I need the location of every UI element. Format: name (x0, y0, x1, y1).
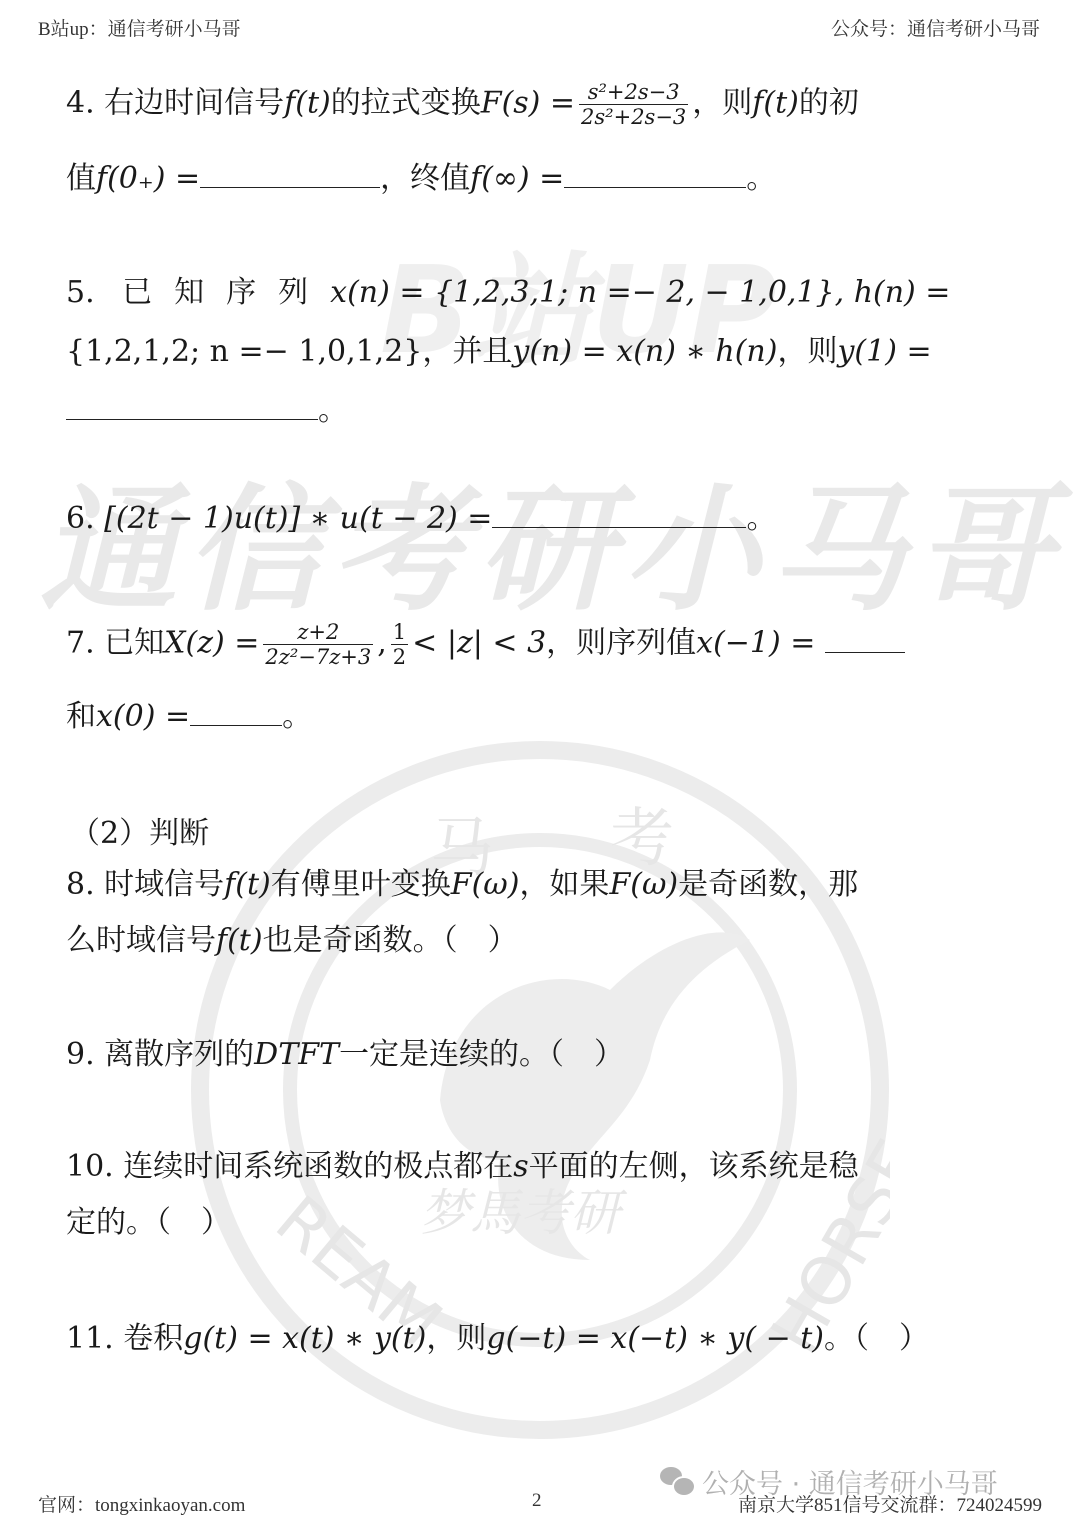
q4-ft: f(t) (284, 86, 331, 121)
q5-xn-hn: x(n) = {1,2,3,1; n =− 2, − 1,0,1}, h(n) … (330, 275, 950, 310)
q7-roc-numerator: 1 (391, 620, 408, 645)
question-8-line-2: 么时域信号f(t)也是奇函数。（ ） (66, 922, 518, 960)
q9-text: 9. 离散序列的 (66, 1037, 254, 1072)
question-7-line-1: 7. 已知X(z) =z+22z²−7z+3,12< |z| < 3，则序列值x… (66, 620, 905, 669)
q7-roc-fraction: 12 (391, 620, 408, 669)
q11-then: ，则 (426, 1321, 486, 1356)
q8-text: 8. 时域信号 (66, 867, 224, 902)
q5-and: ，并且 (422, 334, 512, 369)
q8-ft2: f(t) (216, 923, 263, 958)
q4-Fs: F(s) = (481, 86, 575, 121)
q7-Xz: X(z) = (164, 626, 259, 661)
q7-x-minus-1-blank[interactable] (825, 626, 905, 653)
question-4-line-1: 4. 右边时间信号f(t)的拉式变换F(s) =s²+2s−32s²+2s−3，… (66, 80, 859, 129)
q11-text: 11. 卷积 (66, 1321, 183, 1356)
q11-answer-parens[interactable]: 。（ ） (824, 1321, 929, 1356)
question-11: 11. 卷积g(t) = x(t) ∗ y(t)，则g(−t) = x(−t) … (66, 1320, 929, 1358)
q5-number: 5. (66, 275, 95, 310)
q4-text-mid: 的拉式变换 (331, 86, 481, 121)
q8-text-b: 有傅里叶变换 (271, 867, 451, 902)
question-10-line-1: 10. 连续时间系统函数的极点都在s平面的左侧，该系统是稳 (66, 1148, 859, 1186)
q4-numerator: s²+2s−3 (579, 80, 688, 105)
q7-mid: ，则序列值 (546, 626, 696, 661)
section-judgment-heading: （2）判断 (70, 808, 209, 852)
question-5-line-3: 。 (66, 392, 348, 430)
q7-denominator: 2z²−7z+3 (263, 645, 373, 669)
q5-then: ，则 (777, 334, 837, 369)
q4-denominator: 2s²+2s−3 (579, 105, 688, 129)
q4-final-value-blank[interactable] (564, 161, 746, 188)
svg-text:考: 考 (610, 802, 674, 876)
q10-text: 10. 连续时间系统函数的极点都在 (66, 1149, 513, 1184)
q7-x0: x(0) = (96, 699, 190, 734)
q8-Fw: F(ω) (451, 867, 520, 902)
q5-known: 已知序列 (122, 275, 330, 310)
footer-qq-group: 南京大学851信号交流群：724024599 (738, 1490, 1042, 1517)
question-7-line-2: 和x(0) =。 (66, 698, 312, 736)
header-bilibili: B站up：通信考研小马哥 (38, 14, 241, 41)
q7-fraction: z+22z²−7z+3 (263, 620, 373, 669)
q11-g-neg: g(−t) = x(−t) ∗ y( − t) (486, 1321, 824, 1356)
q6-end: 。 (746, 501, 776, 536)
q4-text: 4. 右边时间信号 (66, 86, 284, 121)
q8-text-c: ，如果 (519, 867, 609, 902)
q5-y1: y(1) = (837, 334, 931, 369)
q7-roc: < |z| < 3 (412, 626, 546, 661)
q6-expression: [(2t − 1)u(t)] ∗ u(t − 2) = (104, 501, 492, 536)
q4-fraction: s²+2s−32s²+2s−3 (579, 80, 688, 129)
wechat-icon (660, 1467, 696, 1497)
q9-dtft: DTFT (254, 1037, 339, 1072)
q5-end: 。 (318, 393, 348, 428)
q7-numerator: z+2 (263, 620, 373, 645)
q4-ft2: f(t) (752, 86, 799, 121)
q11-g: g(t) = x(t) ∗ y(t) (183, 1321, 426, 1356)
q4-then: ，则 (692, 86, 752, 121)
q4-end: 。 (746, 161, 776, 196)
q8-text-e: 么时域信号 (66, 923, 216, 958)
q7-roc-denominator: 2 (391, 645, 408, 669)
q7-x0-blank[interactable] (190, 699, 282, 726)
q4-final-value: f(∞) = (470, 161, 564, 196)
q8-ft: f(t) (224, 867, 271, 902)
q5-answer-blank[interactable] (66, 393, 318, 420)
page-number: 2 (532, 1490, 542, 1512)
q4-text-value: 值 (66, 161, 96, 196)
q4-final-label: ，终值 (380, 161, 470, 196)
q4-initial-value: f(0₊) = (96, 161, 200, 196)
question-5-line-2: {1,2,1,2; n =− 1,0,1,2}，并且y(n) = x(n) ∗ … (66, 333, 932, 371)
question-5-line-1: 5. 已知序列x(n) = {1,2,3,1; n =− 2, − 1,0,1}… (66, 274, 950, 312)
q6-answer-blank[interactable] (492, 501, 746, 528)
q5-hn-values: {1,2,1,2; n =− 1,0,1,2} (66, 334, 422, 369)
q8-text-d: 是奇函数，那 (678, 867, 858, 902)
svg-text:梦馬考研: 梦馬考研 (420, 1184, 628, 1242)
q7-text: 7. 已知 (66, 626, 164, 661)
q6-number: 6. (66, 501, 95, 536)
q9-answer-parens[interactable]: 一定是连续的。（ ） (339, 1037, 624, 1072)
q8-Fw2: F(ω) (609, 867, 678, 902)
q5-yn: y(n) = x(n) ∗ h(n) (512, 334, 777, 369)
question-9: 9. 离散序列的DTFT一定是连续的。（ ） (66, 1036, 624, 1074)
footer-website: 官网：tongxinkaoyan.com (38, 1490, 245, 1517)
question-6: 6. [(2t − 1)u(t)] ∗ u(t − 2) =。 (66, 500, 776, 538)
q10-text-b: 平面的左侧，该系统是稳 (529, 1149, 859, 1184)
q8-answer-parens[interactable]: 也是奇函数。（ ） (263, 923, 518, 958)
question-10-line-2: 定的。（ ） (66, 1204, 231, 1242)
q10-answer-parens[interactable]: 定的。（ ） (66, 1205, 231, 1240)
question-8-line-1: 8. 时域信号f(t)有傅里叶变换F(ω)，如果F(ω)是奇函数，那 (66, 866, 858, 904)
q10-s: s (513, 1149, 528, 1184)
question-4-line-2: 值f(0₊) =，终值f(∞) =。 (66, 160, 776, 198)
q4-initial-value-blank[interactable] (200, 161, 380, 188)
q7-x-minus-1: x(−1) = (696, 626, 815, 661)
header-wechat-account: 公众号：通信考研小马哥 (831, 14, 1040, 41)
q7-end: 。 (282, 699, 312, 734)
q4-tail: 的初 (799, 86, 859, 121)
q7-and: 和 (66, 699, 96, 734)
